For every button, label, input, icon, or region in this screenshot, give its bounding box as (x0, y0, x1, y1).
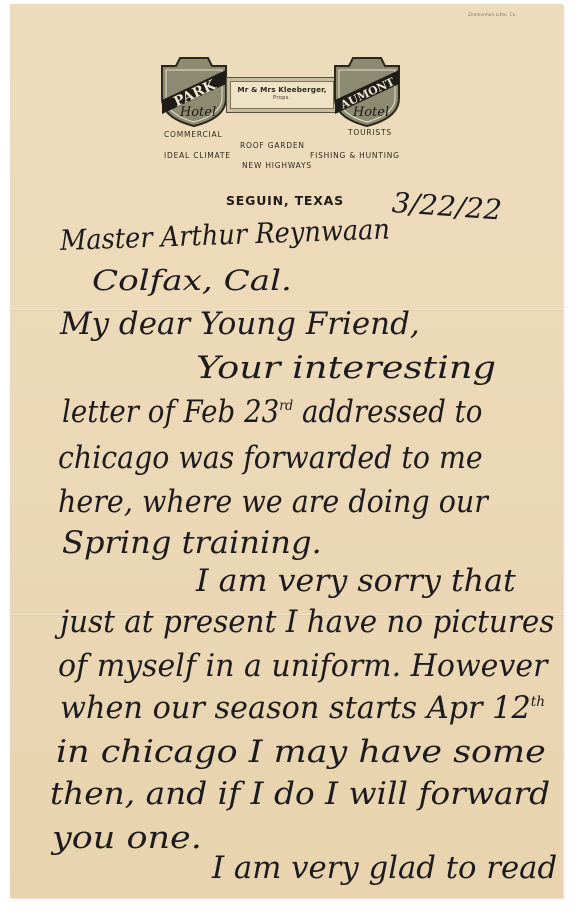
letter-line-12: you one. (52, 820, 202, 856)
letter-line-5: Spring training. (62, 525, 322, 561)
svg-text:Hotel: Hotel (179, 105, 216, 120)
park-hotel-badge-icon: PARK Hotel (158, 54, 230, 128)
salutation: My dear Young Friend, (60, 306, 420, 342)
letter-line-8: of myself in a uniform. However (58, 648, 547, 684)
letter-line-11: then, and if I do I will forward (50, 776, 550, 812)
feature-tourists: TOURISTS (348, 128, 392, 137)
svg-text:Hotel: Hotel (352, 105, 389, 120)
letter-line-4: here, where we are doing our (58, 484, 488, 520)
proprietors-label: Props. (231, 96, 333, 101)
aumont-hotel-badge-icon: AUMONT Hotel (331, 54, 403, 128)
feature-commercial: COMMERCIAL (164, 130, 222, 139)
feature-ideal-climate: IDEAL CLIMATE (164, 151, 231, 160)
feature-new-highways: NEW HIGHWAYS (242, 161, 312, 170)
letter-line-1: Your interesting (196, 350, 496, 386)
feature-roof-garden: ROOF GARDEN (240, 141, 305, 150)
letter-line-13: I am very glad to read (212, 850, 557, 886)
feature-fishing-hunting: FISHING & HUNTING (310, 151, 400, 160)
printer-mark: Zimmerman Litho. Co. (468, 12, 517, 17)
proprietors-name: Mr & Mrs Kleeberger, (231, 85, 333, 94)
letter-line-7: just at present I have no pictures (60, 604, 554, 640)
letter-line-2: letter of Feb 23rd addressed to (62, 394, 482, 430)
letter-line-6: I am very sorry that (196, 563, 516, 599)
letter-line-10: in chicago I may have some (56, 734, 546, 770)
proprietors-banner: Mr & Mrs Kleeberger, Props. (226, 77, 338, 113)
letter-line-9: when our season starts Apr 12th (60, 690, 545, 726)
letterhead-location: SEGUIN, TEXAS (226, 193, 344, 208)
letter-line-3: chicago was forwarded to me (58, 440, 483, 476)
hotel-letterhead: PARK Hotel Mr & Mrs Kleeberger, Props. A… (150, 50, 420, 160)
addressee-place: Colfax, Cal. (92, 264, 292, 297)
